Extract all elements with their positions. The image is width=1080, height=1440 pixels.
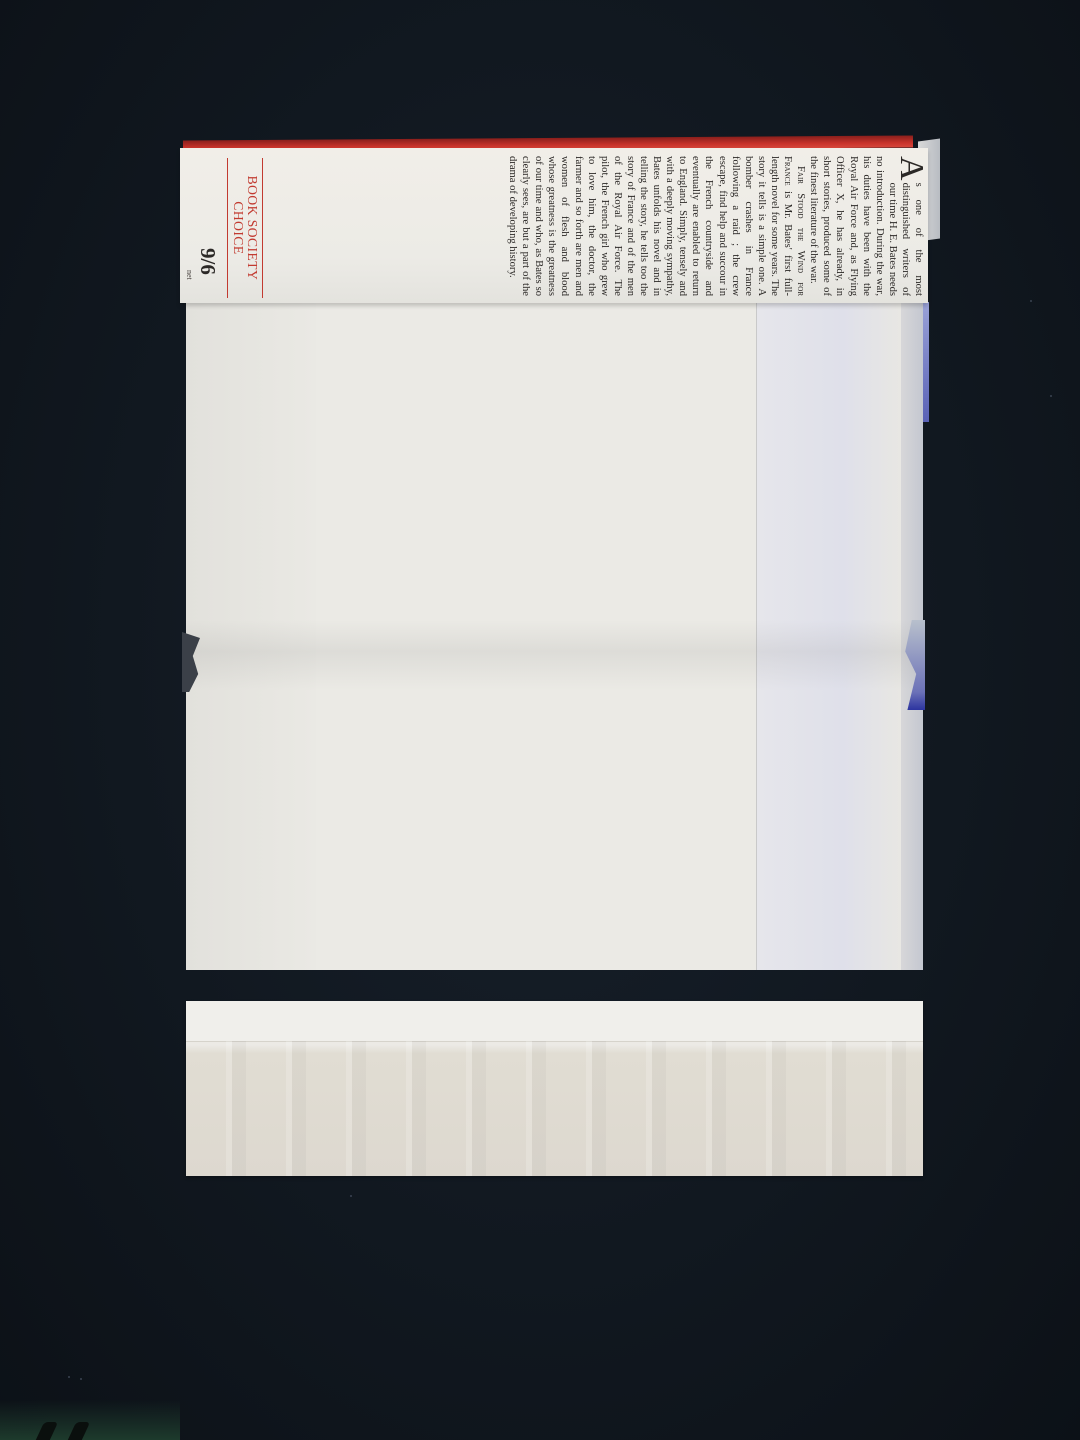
blurb-paragraph-2: Fair Stood the Wind for France is Mr. Ba… [506,156,807,296]
background-speck [80,1378,82,1380]
jacket-bottom-folded-flap [186,1001,923,1176]
background-speck [1030,300,1032,302]
flap-text-area: As one of the most distinguished writers… [180,148,928,303]
jacket-horizontal-crease [186,620,923,690]
background-corner-glow [0,1400,180,1440]
blurb-paragraph-2-text: is Mr. Bates' first full-length novel fo… [507,156,793,296]
jacket-top-flap: As one of the most distinguished writers… [180,148,928,303]
book-society-choice-badge: BOOK SOCIETY CHOICE [224,158,266,298]
blurb-paragraph-1: As one of the most distinguished writers… [807,156,925,296]
drop-cap: A [897,156,925,181]
badge-line-1: BOOK SOCIETY [245,158,259,298]
bottom-flap-paper-edge [186,1001,923,1042]
plastic-sleeve-sheen [186,1041,923,1176]
badge-rule-bottom [227,158,228,298]
badge-line-2: CHOICE [231,158,245,298]
flap-blurb: As one of the most distinguished writers… [506,156,925,296]
background-speck [68,1376,70,1378]
background-speck [1050,395,1052,397]
background-speck [350,1195,352,1197]
jacket-blue-edge-strip [923,302,929,422]
price-label: 9/6 [195,248,220,275]
badge-rule-top [262,158,263,298]
price-net-label: net [185,270,194,280]
jacket-main-panel [186,302,923,970]
